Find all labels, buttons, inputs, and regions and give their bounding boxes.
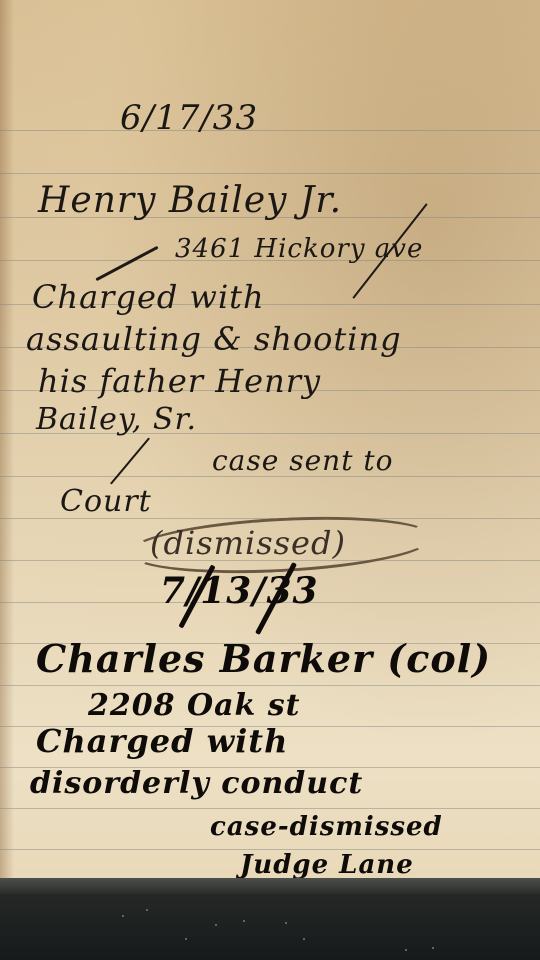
page-binding-edge: [0, 0, 14, 892]
charge-line: disorderly conduct: [30, 766, 363, 801]
disposition-line: case sent to: [212, 444, 393, 477]
disposition-line: Court: [60, 484, 152, 519]
entry-outcome: (dismissed): [150, 524, 346, 562]
flourish-stroke: [95, 246, 158, 282]
entry-date: 6/17/33: [120, 98, 258, 138]
dust-speck: [215, 924, 217, 926]
entry-name: Charles Barker (col): [36, 636, 491, 681]
ruled-line: [0, 130, 540, 131]
dust-speck: [185, 938, 187, 940]
ruled-line: [0, 808, 540, 809]
charge-line: assaulting & shooting: [26, 320, 402, 358]
flourish-stroke: [110, 437, 150, 484]
ruled-line: [0, 173, 540, 174]
dust-speck: [405, 949, 407, 951]
dust-speck: [146, 909, 148, 911]
entry-address: 3461 Hickory ave: [175, 234, 423, 264]
dust-speck: [303, 938, 305, 940]
dust-speck: [285, 922, 287, 924]
surface-edge: [0, 878, 540, 894]
entry-name: Henry Bailey Jr.: [38, 180, 342, 221]
charge-line: Charged with: [32, 278, 265, 316]
dust-speck: [243, 920, 245, 922]
charge-line: Charged with: [36, 722, 288, 760]
outcome-date: 7/13/33: [160, 570, 319, 612]
notebook-page: 6/17/33 Henry Bailey Jr. 3461 Hickory av…: [0, 0, 540, 892]
dust-speck: [122, 915, 124, 917]
charge-line: his father Henry: [38, 362, 321, 400]
judge-signature: Judge Lane: [240, 850, 414, 880]
disposition-line: case-dismissed: [210, 812, 443, 842]
entry-address: 2208 Oak st: [88, 688, 301, 723]
dust-speck: [432, 947, 434, 949]
charge-line: Bailey, Sr.: [36, 402, 197, 437]
ruled-line: [0, 685, 540, 686]
